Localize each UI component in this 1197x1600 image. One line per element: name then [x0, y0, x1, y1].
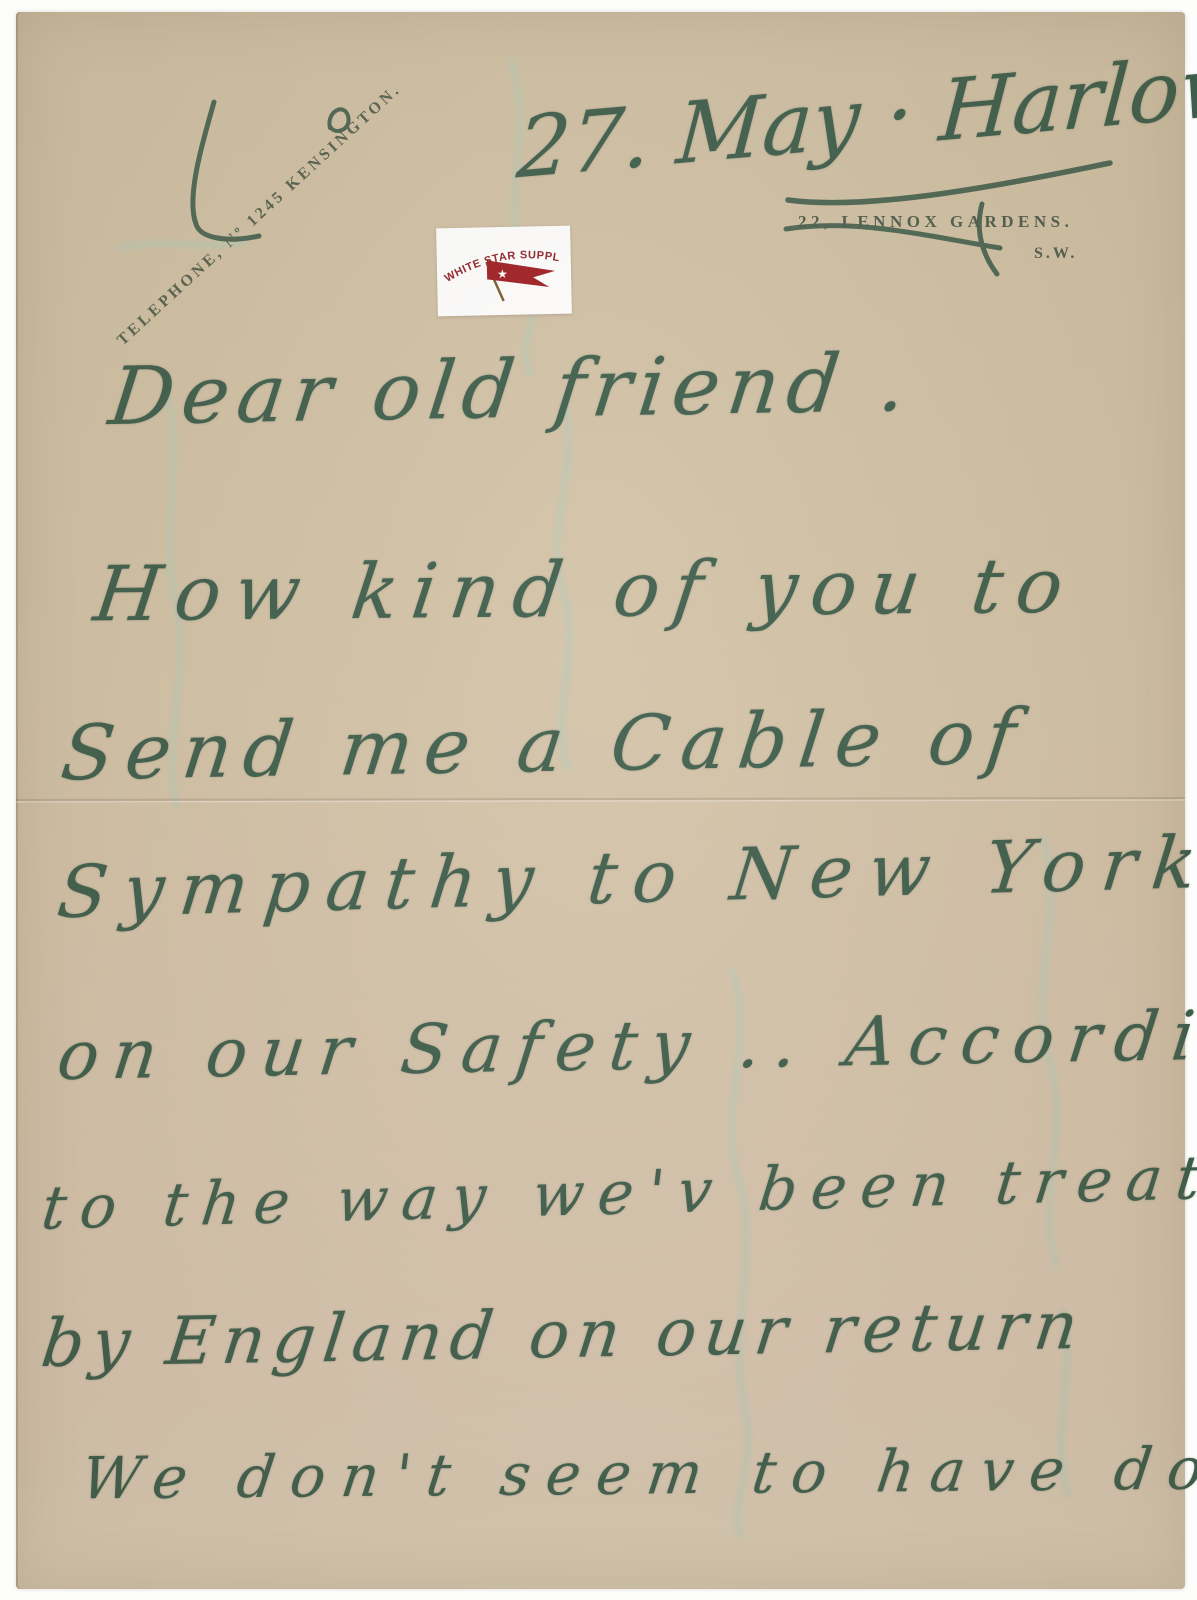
- handwritten-line: We don't seem to have done: [78, 1439, 1197, 1508]
- handwritten-line: Send me a Cable of: [57, 698, 1031, 791]
- handwritten-line: on our Safety .. According: [54, 1001, 1197, 1091]
- fold-crease: [16, 798, 1185, 802]
- letterhead-district: S.W.: [1034, 245, 1077, 263]
- handwritten-line: by England on our return: [38, 1293, 1089, 1377]
- pennant-star: ★: [497, 267, 508, 281]
- white-star-pennant-icon: WHITE STAR SUPPLY CO ★: [436, 226, 572, 317]
- white-star-supply-stamp: WHITE STAR SUPPLY CO ★: [436, 226, 572, 317]
- letter-paper: TELEPHONE, Nº 1245 KENSINGTON. 22, LENNO…: [16, 12, 1185, 1589]
- letterhead-address: 22, LENNOX GARDENS.: [798, 212, 1073, 232]
- handwritten-line: Dear old friend .: [105, 343, 918, 437]
- letter-scan: TELEPHONE, Nº 1245 KENSINGTON. 22, LENNO…: [0, 0, 1197, 1600]
- handwritten-line: How kind of you to: [90, 548, 1081, 633]
